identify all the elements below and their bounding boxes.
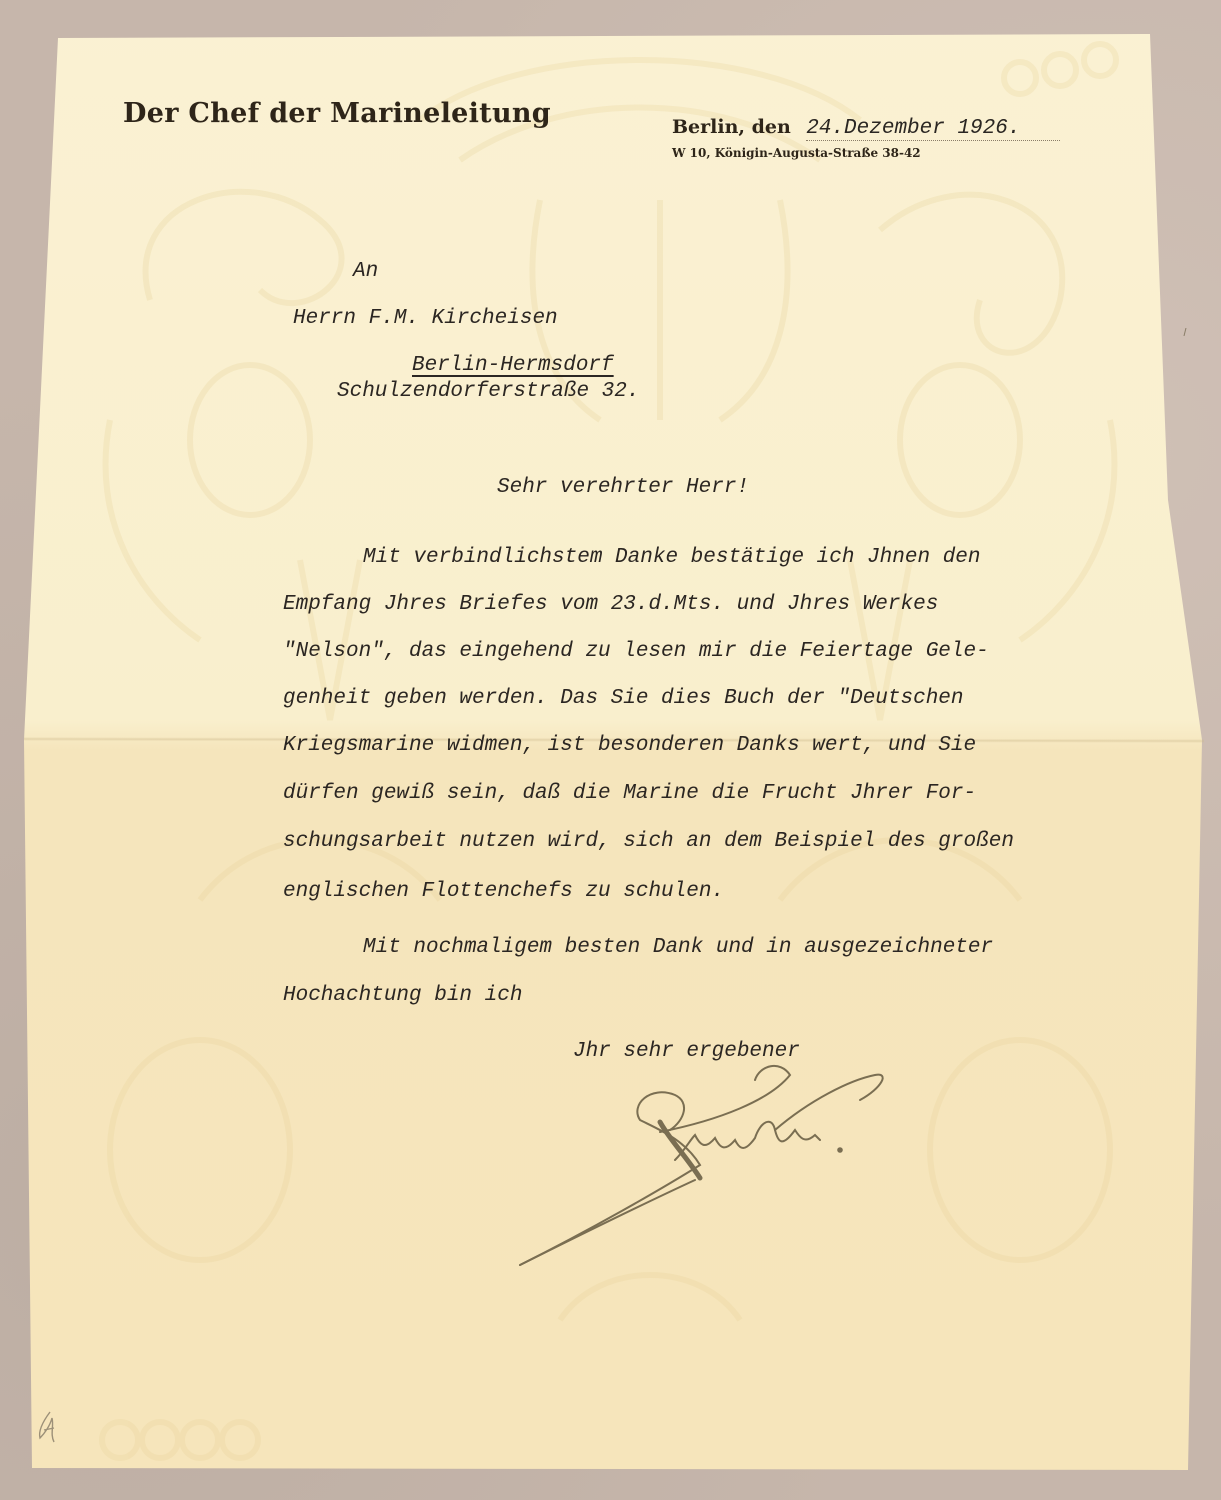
body-line: englischen Flottenchefs zu schulen. [283, 880, 724, 903]
place-prefix: Berlin, den [672, 116, 791, 138]
recipient-name: Herrn F.M. Kircheisen [293, 307, 558, 330]
body-line: Empfang Jhres Briefes vom 23.d.Mts. und … [283, 593, 938, 616]
pencil-annotation-icon [36, 1408, 60, 1448]
body-line: "Nelson", das eingehend zu lesen mir die… [283, 640, 989, 663]
stray-pen-mark-icon [1183, 328, 1187, 336]
salutation: Sehr verehrter Herr! [497, 476, 749, 499]
body-line: Mit verbindlichstem Danke bestätige ich … [363, 546, 981, 569]
letterhead-address: W 10, Königin-Augusta-Straße 38-42 [672, 146, 921, 160]
body-line: Kriegsmarine widmen, ist besonderen Dank… [283, 734, 976, 757]
body-line: schungsarbeit nutzen wird, sich an dem B… [283, 830, 1014, 853]
body-line: genheit geben werden. Das Sie dies Buch … [283, 687, 964, 710]
recipient-city: Berlin-Hermsdorf [412, 354, 614, 377]
body-line: Mit nochmaligem besten Dank und in ausge… [363, 936, 993, 959]
body-line: Hochachtung bin ich [283, 984, 522, 1007]
handwritten-signature-icon [510, 1060, 910, 1280]
recipient-to-label: An [353, 260, 378, 283]
letterhead-title: Der Chef der Marineleitung [123, 98, 551, 129]
recipient-street: Schulzendorferstraße 32. [337, 380, 639, 403]
body-line: dürfen gewiß sein, daß die Marine die Fr… [283, 782, 976, 805]
letter-date: 24.Dezember 1926. [806, 117, 1060, 141]
date-line: Berlin, den 24.Dezember 1926. [672, 116, 1060, 140]
